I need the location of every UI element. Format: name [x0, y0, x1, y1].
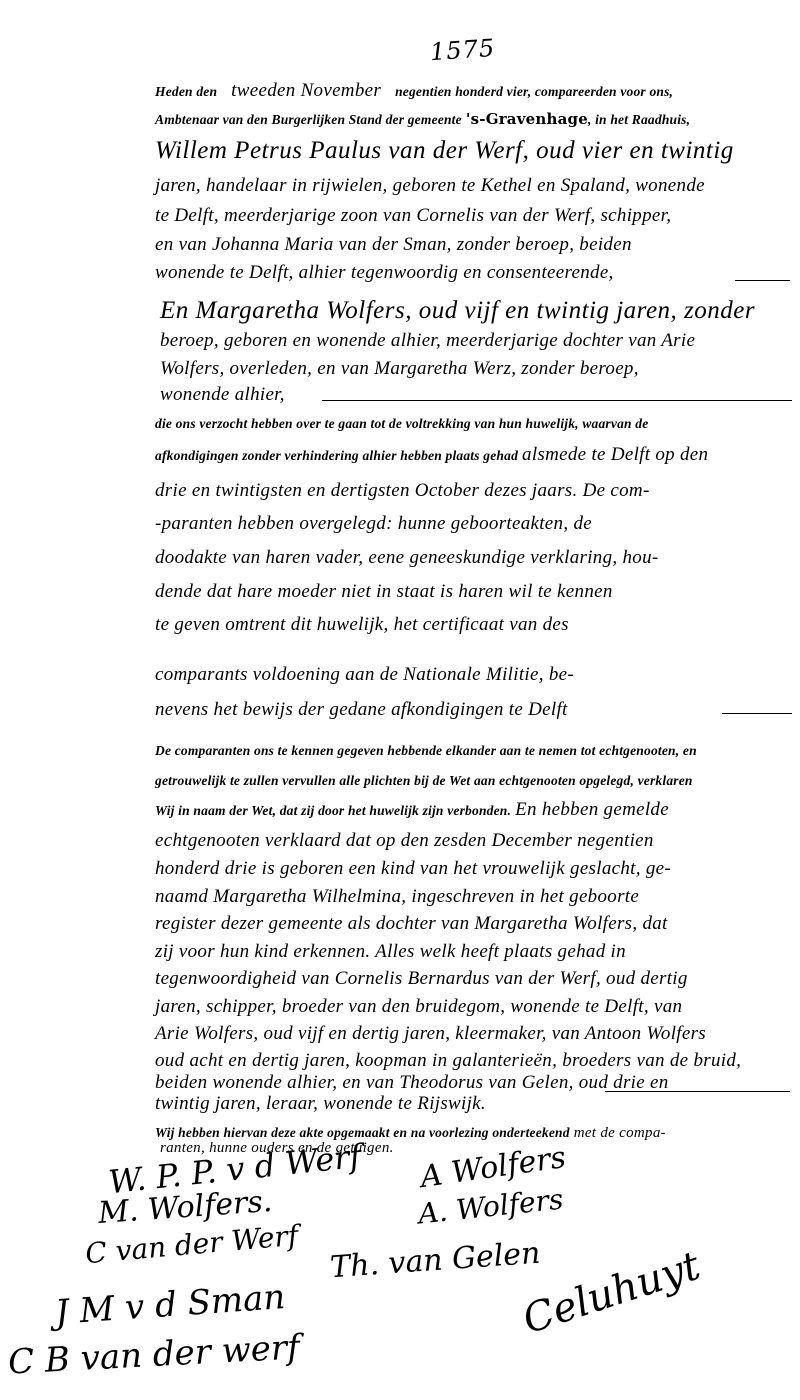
declaration-hand-11: twintig jaren, leraar, wonende te Rijswi… [155, 1093, 486, 1115]
marriage-certificate-page: 1575 Heden den tweeden November negentie… [0, 0, 800, 1400]
request-hand-4: dende dat hare moeder niet in staat is h… [155, 581, 613, 603]
groom-line-3: te Delft, meerderjarige zoon van Corneli… [155, 205, 671, 227]
groom-line-4: en van Johanna Maria van der Sman, zonde… [155, 234, 632, 256]
handwritten-text: met de compa- [574, 1125, 666, 1141]
groom-line-2: jaren, handelaar in rijwielen, geboren t… [155, 175, 705, 197]
printed-text: Ambtenaar van den Burgerlijken Stand der… [155, 112, 462, 127]
printed-text: Wij hebben hiervan deze akte opgemaakt e… [155, 1125, 570, 1140]
bride-line-3: Wolfers, overleden, en van Margaretha We… [160, 358, 639, 380]
request-hand-5: te geven omtrent dit huwelijk, het certi… [155, 614, 569, 636]
fill-line [722, 713, 792, 714]
fill-line [605, 1091, 790, 1092]
declaration-printed-1: De comparanten ons te kennen gegeven heb… [155, 743, 697, 759]
signature-cb-van-der-werf: C B van der werf [7, 1327, 301, 1382]
bride-line-1: En Margaretha Wolfers, oud vijf en twint… [160, 297, 755, 325]
bride-line-4: wonende alhier, [160, 384, 285, 406]
declaration-hand-3: naamd Margaretha Wilhelmina, ingeschreve… [155, 886, 639, 908]
header-line-1: Heden den tweeden November negentien hon… [155, 80, 673, 102]
declaration-hand-5: zij voor hun kind erkennen. Alles welk h… [155, 941, 626, 963]
declaration-line-3: Wij in naam der Wet, dat zij door het hu… [155, 799, 669, 821]
declaration-hand-7: jaren, schipper, broeder van den bruideg… [155, 996, 682, 1018]
signature-van-gelen: Th. van Gelen [329, 1236, 541, 1286]
printed-text: negentien honderd vier, compareerden voo… [395, 84, 673, 99]
printed-text: afkondigingen zonder verhindering alhier… [155, 448, 518, 463]
declaration-hand-2: honderd drie is geboren een kind van het… [155, 858, 671, 880]
folio-number: 1575 [429, 34, 496, 66]
header-line-2: Ambtenaar van den Burgerlijken Stand der… [155, 110, 690, 129]
groom-line-1: Willem Petrus Paulus van der Werf, oud v… [155, 137, 734, 165]
signature-registrar: Celuhuyt [517, 1243, 705, 1343]
printed-text: Wij in naam der Wet, dat zij door het hu… [155, 803, 511, 818]
declaration-hand-4: register dezer gemeente als dochter van … [155, 913, 668, 935]
request-hand-1: drie en twintigsten en dertigsten Octobe… [155, 480, 650, 502]
signature-jm-van-der-sman: J M v d Sman [54, 1277, 287, 1333]
fill-line [322, 400, 792, 401]
declaration-hand-1: echtgenooten verklaard dat op den zesden… [155, 830, 654, 852]
declaration-hand-10: beiden wonende alhier, en van Theodorus … [155, 1072, 669, 1094]
declaration-hand-6: tegenwoordigheid van Cornelis Bernardus … [155, 968, 688, 990]
declaration-hand-8: Arie Wolfers, oud vijf en dertig jaren, … [155, 1023, 706, 1045]
handwritten-text: En hebben gemelde [515, 799, 669, 820]
request-line-2: afkondigingen zonder verhindering alhier… [155, 444, 708, 466]
request-hand-2: -paranten hebben overgelegd: hunne geboo… [155, 513, 592, 535]
request-hand-6: comparants voldoening aan de Nationale M… [155, 664, 574, 686]
printed-text: Heden den [155, 84, 217, 99]
handwritten-date: tweeden November [231, 80, 381, 101]
request-printed-1: die ons verzocht hebben over te gaan tot… [155, 416, 648, 432]
declaration-hand-9: oud acht en dertig jaren, koopman in gal… [155, 1050, 741, 1072]
printed-text: , in het Raadhuis, [588, 112, 690, 127]
bride-line-2: beroep, geboren en wonende alhier, meerd… [160, 330, 695, 352]
fill-line [735, 280, 790, 281]
handwritten-text: alsmede te Delft op den [522, 444, 708, 465]
request-hand-3: doodakte van haren vader, eene geneeskun… [155, 547, 659, 569]
request-hand-7: nevens het bewijs der gedane afkondiging… [155, 699, 568, 721]
declaration-printed-2: getrouwelijk te zullen vervullen alle pl… [155, 773, 693, 789]
groom-line-5: wonende te Delft, alhier tegenwoordig en… [155, 262, 614, 284]
place-name: 's-Gravenhage [466, 110, 588, 128]
